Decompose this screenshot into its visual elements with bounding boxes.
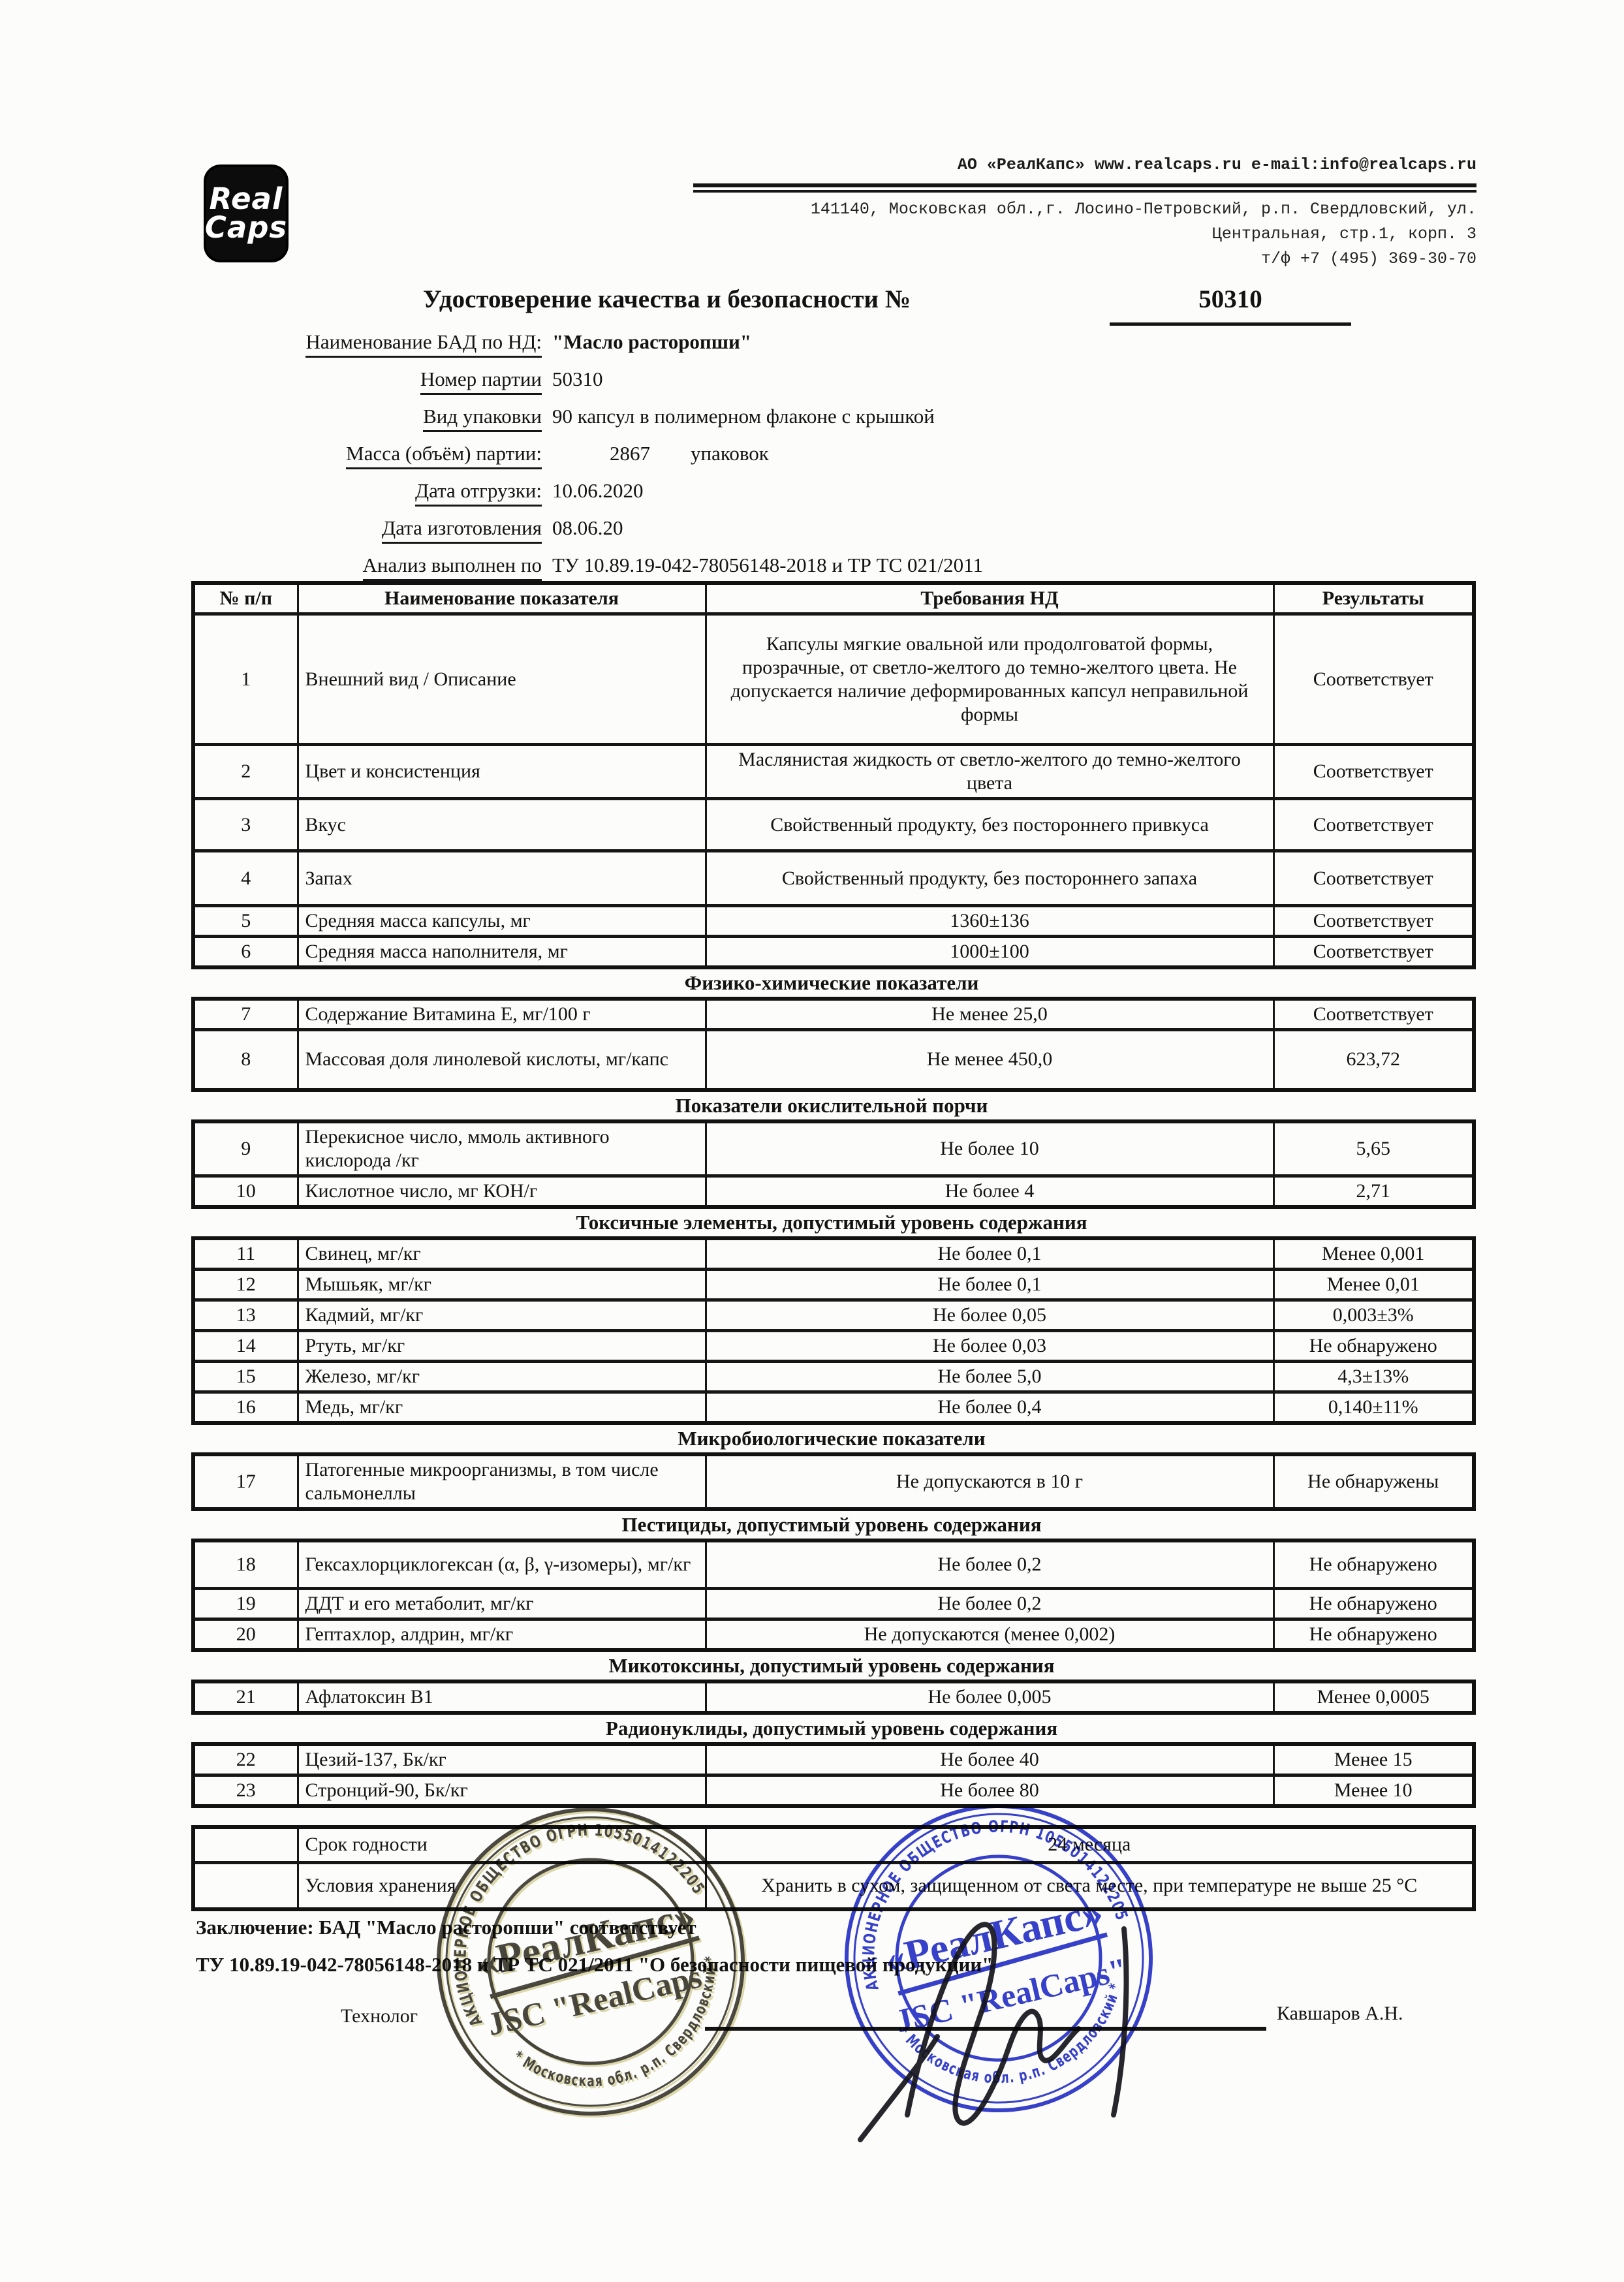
cell-indicator-name: Вкус bbox=[298, 799, 706, 851]
cell-indicator-name: Мышьяк, мг/кг bbox=[298, 1269, 706, 1300]
table-row: 23Стронций-90, Бк/кгНе более 80Менее 10 bbox=[193, 1775, 1474, 1807]
field-row-6: Дата изготовления08.06.20 bbox=[189, 516, 623, 544]
cell-indicator-name: Афлатоксин В1 bbox=[298, 1681, 706, 1713]
table-row: 13Кадмий, мг/кгНе более 0,050,003±3% bbox=[193, 1300, 1474, 1330]
cell-number: 7 bbox=[193, 999, 298, 1030]
column-header: № п/п bbox=[193, 583, 298, 614]
section-title: Радионуклиды, допустимый уровень содержа… bbox=[191, 1715, 1472, 1742]
cell-requirement: Капсулы мягкие овальной или продолговато… bbox=[706, 614, 1273, 745]
field-value: 10.06.2020 bbox=[552, 479, 644, 502]
field-row-3: Вид упаковки90 капсул в полимерном флако… bbox=[189, 405, 935, 432]
indicators-tables: № п/пНаименование показателяТребования Н… bbox=[191, 581, 1472, 1911]
field-row-7: Анализ выполнен поТУ 10.89.19-042-780561… bbox=[189, 554, 983, 581]
cell-number: 2 bbox=[193, 745, 298, 799]
table-row: 15Железо, мг/кгНе более 5,04,3±13% bbox=[193, 1361, 1474, 1392]
section-title: Показатели окислительной порчи bbox=[191, 1092, 1472, 1119]
indicators-table-block-3: 9Перекисное число, ммоль активного кисло… bbox=[191, 1119, 1476, 1209]
table-row: 12Мышьяк, мг/кгНе более 0,1Менее 0,01 bbox=[193, 1269, 1474, 1300]
section-title: Микотоксины, допустимый уровень содержан… bbox=[191, 1652, 1472, 1680]
table-row: 5Средняя масса капсулы, мг1360±136Соотве… bbox=[193, 906, 1474, 937]
cell-requirement: Не более 5,0 bbox=[706, 1361, 1273, 1392]
table-row: 21Афлатоксин В1Не более 0,005Менее 0,000… bbox=[193, 1681, 1474, 1713]
cell-requirement: Не менее 25,0 bbox=[706, 999, 1273, 1030]
column-header: Результаты bbox=[1273, 583, 1474, 614]
cell-number: 6 bbox=[193, 937, 298, 968]
cell-indicator-name: Кислотное число, мг КОН/г bbox=[298, 1176, 706, 1207]
cell-indicator-name: Патогенные микроорганизмы, в том числе с… bbox=[298, 1454, 706, 1509]
cell-result: 5,65 bbox=[1273, 1121, 1474, 1176]
field-label: Номер партии bbox=[420, 367, 542, 395]
cell-result: Соответствует bbox=[1273, 999, 1474, 1030]
cell-requirement: Не более 0,03 bbox=[706, 1330, 1273, 1361]
cell-number: 13 bbox=[193, 1300, 298, 1330]
cell-indicator-name: Свинец, мг/кг bbox=[298, 1238, 706, 1270]
cell-number: 14 bbox=[193, 1330, 298, 1361]
field-row-4: Масса (объём) партии:2867упаковок bbox=[189, 442, 769, 469]
signoff-name: Кавшаров А.Н. bbox=[1277, 2003, 1403, 2025]
cell-indicator-name: ДДТ и его метаболит, мг/кг bbox=[298, 1589, 706, 1619]
cell-indicator-name: Срок годности bbox=[298, 1827, 706, 1862]
field-value: 2867 bbox=[610, 442, 650, 465]
cell-indicator-name: Цвет и консистенция bbox=[298, 745, 706, 799]
field-label: Наименование БАД по НД: bbox=[305, 330, 542, 358]
cell-number: 4 bbox=[193, 851, 298, 906]
cell-requirement: Не более 40 bbox=[706, 1744, 1273, 1775]
cell-indicator-name: Ртуть, мг/кг bbox=[298, 1330, 706, 1361]
table-row: 2Цвет и консистенцияМаслянистая жидкость… bbox=[193, 745, 1474, 799]
conclusion-line1: Заключение: БАД "Масло расторопши" соотв… bbox=[196, 1916, 696, 1939]
table-row: Условия храненияХранить в сухом, защищен… bbox=[193, 1862, 1474, 1909]
cell-indicator-name: Цезий-137, Бк/кг bbox=[298, 1744, 706, 1775]
indicators-table-block-8: 22Цезий-137, Бк/кгНе более 40Менее 1523С… bbox=[191, 1742, 1476, 1808]
cell-number: 5 bbox=[193, 906, 298, 937]
field-row-2: Номер партии50310 bbox=[189, 367, 603, 395]
cell-result: 4,3±13% bbox=[1273, 1361, 1474, 1392]
document-title: Удостоверение качества и безопасности № bbox=[423, 285, 911, 314]
cell-value: 24 месяца bbox=[706, 1827, 1474, 1862]
company-header-line: АО «РеалКапс» www.realcaps.ru e-mail:inf… bbox=[958, 155, 1476, 174]
cell-indicator-name: Стронций-90, Бк/кг bbox=[298, 1775, 706, 1807]
table-row: 9Перекисное число, ммоль активного кисло… bbox=[193, 1121, 1474, 1176]
cell-result: Менее 0,001 bbox=[1273, 1238, 1474, 1270]
cell-number: 19 bbox=[193, 1589, 298, 1619]
cell-value: Хранить в сухом, защищенном от света мес… bbox=[706, 1862, 1474, 1909]
cell-indicator-name: Средняя масса наполнителя, мг bbox=[298, 937, 706, 968]
cell-indicator-name: Внешний вид / Описание bbox=[298, 614, 706, 745]
table-row: 10Кислотное число, мг КОН/гНе более 42,7… bbox=[193, 1176, 1474, 1207]
cell-indicator-name: Медь, мг/кг bbox=[298, 1392, 706, 1423]
indicators-table-block-6: 18Гексахлорциклогексан (α, β, γ-изомеры)… bbox=[191, 1539, 1476, 1653]
cell-requirement: Не более 0,005 bbox=[706, 1681, 1273, 1713]
indicators-table-block-7: 21Афлатоксин В1Не более 0,005Менее 0,000… bbox=[191, 1680, 1476, 1715]
cell-indicator-name: Железо, мг/кг bbox=[298, 1361, 706, 1392]
indicators-table-block-2: 7Содержание Витамина Е, мг/100 гНе менее… bbox=[191, 997, 1476, 1092]
header-divider bbox=[693, 183, 1476, 193]
signature-line bbox=[705, 2027, 1266, 2031]
table-row: 11Свинец, мг/кгНе более 0,1Менее 0,001 bbox=[193, 1238, 1474, 1270]
cell-indicator-name: Гептахлор, алдрин, мг/кг bbox=[298, 1619, 706, 1651]
cell-indicator-name: Массовая доля линолевой кислоты, мг/капс bbox=[298, 1030, 706, 1090]
table-header-row: № п/пНаименование показателяТребования Н… bbox=[193, 583, 1474, 614]
cell-requirement: Маслянистая жидкость от светло-желтого д… bbox=[706, 745, 1273, 799]
cell-requirement: Свойственный продукту, без постороннего … bbox=[706, 851, 1273, 906]
field-label: Вид упаковки bbox=[423, 405, 542, 432]
cell-requirement: Не менее 450,0 bbox=[706, 1030, 1273, 1090]
table-row: 22Цезий-137, Бк/кгНе более 40Менее 15 bbox=[193, 1744, 1474, 1775]
field-row-5: Дата отгрузки:10.06.2020 bbox=[189, 479, 644, 507]
cell-number: 8 bbox=[193, 1030, 298, 1090]
cell-requirement: Не более 0,05 bbox=[706, 1300, 1273, 1330]
cell-requirement: Не допускаются в 10 г bbox=[706, 1454, 1273, 1509]
cell-indicator-name: Условия хранения bbox=[298, 1862, 706, 1909]
cell-requirement: Не более 0,1 bbox=[706, 1269, 1273, 1300]
table-row: 1Внешний вид / ОписаниеКапсулы мягкие ов… bbox=[193, 614, 1474, 745]
cell-result: Не обнаружены bbox=[1273, 1454, 1474, 1509]
table-row: 16Медь, мг/кгНе более 0,40,140±11% bbox=[193, 1392, 1474, 1423]
column-header: Требования НД bbox=[706, 583, 1273, 614]
company-address-line1: 141140, Московская обл.,г. Лосино-Петров… bbox=[811, 200, 1476, 219]
field-value: 50310 bbox=[552, 367, 603, 390]
cell-requirement: Не более 0,4 bbox=[706, 1392, 1273, 1423]
cell-number: 1 bbox=[193, 614, 298, 745]
company-phone: т/ф +7 (495) 369-30-70 bbox=[1261, 249, 1476, 268]
cell-requirement: 1000±100 bbox=[706, 937, 1273, 968]
field-unit: упаковок bbox=[691, 442, 769, 465]
indicators-table-block-1: № п/пНаименование показателяТребования Н… bbox=[191, 581, 1476, 969]
cell-number: 12 bbox=[193, 1269, 298, 1300]
cell-result: 2,71 bbox=[1273, 1176, 1474, 1207]
document-number: 50310 bbox=[1110, 285, 1351, 314]
cell-requirement: 1360±136 bbox=[706, 906, 1273, 937]
cell-number: 10 bbox=[193, 1176, 298, 1207]
cell-indicator-name: Кадмий, мг/кг bbox=[298, 1300, 706, 1330]
field-row-1: Наименование БАД по НД:"Масло расторопши… bbox=[189, 330, 751, 358]
cell-result: 0,140±11% bbox=[1273, 1392, 1474, 1423]
table-row: 8Массовая доля линолевой кислоты, мг/кап… bbox=[193, 1030, 1474, 1090]
svg-text:* Московская обл. р.п. Свердло: * Московская обл. р.п. Свердловский * bbox=[893, 1978, 1140, 2109]
section-title: Физико-химические показатели bbox=[191, 969, 1472, 997]
cell-indicator-name: Гексахлорциклогексан (α, β, γ-изомеры), … bbox=[298, 1540, 706, 1589]
table-row: 3ВкусСвойственный продукту, без посторон… bbox=[193, 799, 1474, 851]
cell-number: 16 bbox=[193, 1392, 298, 1423]
field-value: 90 капсул в полимерном флаконе с крышкой bbox=[552, 405, 935, 428]
cell-number: 18 bbox=[193, 1540, 298, 1589]
cell-number bbox=[193, 1827, 298, 1862]
cell-indicator-name: Содержание Витамина Е, мг/100 г bbox=[298, 999, 706, 1030]
cell-requirement: Не более 0,1 bbox=[706, 1238, 1273, 1270]
indicators-table-block-5: 17Патогенные микроорганизмы, в том числе… bbox=[191, 1452, 1476, 1511]
section-title: Микробиологические показатели bbox=[191, 1425, 1472, 1452]
cell-result: Соответствует bbox=[1273, 614, 1474, 745]
table-row: 4ЗапахСвойственный продукту, без посторо… bbox=[193, 851, 1474, 906]
certificate-page: Real Caps АО «РеалКапс» www.realcaps.ru … bbox=[0, 0, 1624, 2282]
signoff-role: Технолог bbox=[341, 2005, 418, 2027]
cell-result: Соответствует bbox=[1273, 851, 1474, 906]
column-header: Наименование показателя bbox=[298, 583, 706, 614]
cell-result: Соответствует bbox=[1273, 745, 1474, 799]
field-label: Дата отгрузки: bbox=[415, 479, 542, 507]
indicators-table-block-4: 11Свинец, мг/кгНе более 0,1Менее 0,00112… bbox=[191, 1236, 1476, 1425]
table-row: 6Средняя масса наполнителя, мг1000±100Со… bbox=[193, 937, 1474, 968]
table-row: 19ДДТ и его метаболит, мг/кгНе более 0,2… bbox=[193, 1589, 1474, 1619]
cell-result: Менее 15 bbox=[1273, 1744, 1474, 1775]
indicators-table-block-9: Срок годности24 месяцаУсловия храненияХр… bbox=[191, 1825, 1476, 1911]
cell-number bbox=[193, 1862, 298, 1909]
section-title: Токсичные элементы, допустимый уровень с… bbox=[191, 1209, 1472, 1236]
conclusion-line2: ТУ 10.89.19-042-78056148-2018 и ТР ТС 02… bbox=[196, 1953, 993, 1977]
table-row: 20Гептахлор, алдрин, мг/кгНе допускаются… bbox=[193, 1619, 1474, 1651]
cell-number: 23 bbox=[193, 1775, 298, 1807]
cell-result: Менее 0,01 bbox=[1273, 1269, 1474, 1300]
cell-indicator-name: Запах bbox=[298, 851, 706, 906]
cell-requirement: Не более 80 bbox=[706, 1775, 1273, 1807]
cell-result: 0,003±3% bbox=[1273, 1300, 1474, 1330]
field-value: 08.06.20 bbox=[552, 516, 623, 539]
cell-result: Менее 10 bbox=[1273, 1775, 1474, 1807]
cell-result: Не обнаружено bbox=[1273, 1589, 1474, 1619]
cell-requirement: Не допускаются (менее 0,002) bbox=[706, 1619, 1273, 1651]
cell-requirement: Не более 0,2 bbox=[706, 1540, 1273, 1589]
cell-number: 9 bbox=[193, 1121, 298, 1176]
cell-result: Соответствует bbox=[1273, 937, 1474, 968]
cell-number: 17 bbox=[193, 1454, 298, 1509]
field-label: Дата изготовления bbox=[382, 516, 542, 544]
section-title: Пестициды, допустимый уровень содержания bbox=[191, 1511, 1472, 1539]
cell-number: 22 bbox=[193, 1744, 298, 1775]
svg-text:* Московская обл. р.п. Свердло: * Московская обл. р.п. Свердловский * bbox=[508, 1950, 756, 2131]
company-address-line2: Центральная, стр.1, корп. 3 bbox=[1212, 225, 1476, 243]
table-row: Срок годности24 месяца bbox=[193, 1827, 1474, 1862]
document-number-underline bbox=[1110, 322, 1351, 326]
logo-line2: Caps bbox=[205, 213, 287, 242]
logo-line1: Real bbox=[210, 185, 283, 213]
table-row: 18Гексахлорциклогексан (α, β, γ-изомеры)… bbox=[193, 1540, 1474, 1589]
cell-requirement: Не более 4 bbox=[706, 1176, 1273, 1207]
realcaps-logo: Real Caps bbox=[204, 164, 289, 262]
cell-number: 15 bbox=[193, 1361, 298, 1392]
table-row: 17Патогенные микроорганизмы, в том числе… bbox=[193, 1454, 1474, 1509]
field-value: "Масло расторопши" bbox=[552, 330, 751, 353]
cell-indicator-name: Перекисное число, ммоль активного кислор… bbox=[298, 1121, 706, 1176]
cell-result: 623,72 bbox=[1273, 1030, 1474, 1090]
cell-requirement: Не более 10 bbox=[706, 1121, 1273, 1176]
cell-result: Не обнаружено bbox=[1273, 1619, 1474, 1651]
cell-number: 20 bbox=[193, 1619, 298, 1651]
field-value: ТУ 10.89.19-042-78056148-2018 и ТР ТС 02… bbox=[552, 554, 983, 576]
cell-requirement: Свойственный продукту, без постороннего … bbox=[706, 799, 1273, 851]
cell-result: Соответствует bbox=[1273, 906, 1474, 937]
cell-indicator-name: Средняя масса капсулы, мг bbox=[298, 906, 706, 937]
cell-result: Менее 0,0005 bbox=[1273, 1681, 1474, 1713]
table-row: 7Содержание Витамина Е, мг/100 гНе менее… bbox=[193, 999, 1474, 1030]
cell-requirement: Не более 0,2 bbox=[706, 1589, 1273, 1619]
cell-number: 11 bbox=[193, 1238, 298, 1270]
cell-number: 3 bbox=[193, 799, 298, 851]
field-label: Анализ выполнен по bbox=[363, 554, 542, 581]
cell-result: Соответствует bbox=[1273, 799, 1474, 851]
field-label: Масса (объём) партии: bbox=[346, 442, 542, 469]
table-row: 14Ртуть, мг/кгНе более 0,03Не обнаружено bbox=[193, 1330, 1474, 1361]
cell-result: Не обнаружено bbox=[1273, 1540, 1474, 1589]
cell-result: Не обнаружено bbox=[1273, 1330, 1474, 1361]
cell-number: 21 bbox=[193, 1681, 298, 1713]
